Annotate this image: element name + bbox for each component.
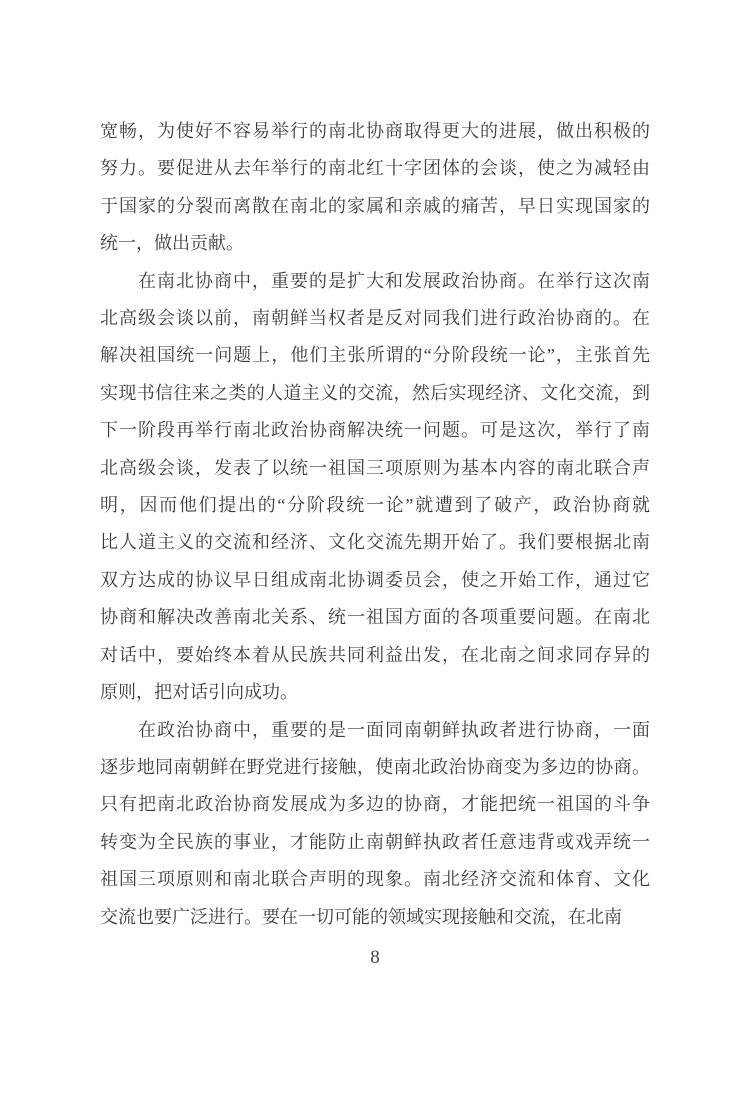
text-line: 对话中，要始终本着从民族共同利益出发，在北南之间求同存异的: [100, 637, 650, 674]
text-block: 宽畅，为使好不容易举行的南北协商取得更大的进展，做出积极的努力。要促进从去年举行…: [100, 113, 650, 936]
text-line: 明，因而他们提出的“分阶段统一论”就遭到了破产，政治协商就: [100, 487, 650, 524]
text-line: 交流也要广泛进行。要在一切可能的领域实现接触和交流，在北南: [100, 899, 650, 936]
text-line: 实现书信往来之类的人道主义的交流，然后实现经济、文化交流，到: [100, 375, 650, 412]
text-line: 转变为全民族的事业，才能防止南朝鲜执政者任意违背或戏弄统一: [100, 824, 650, 861]
text-line: 祖国三项原则和南北联合声明的现象。南北经济交流和体育、文化: [100, 861, 650, 898]
text-line: 北高级会谈以前，南朝鲜当权者是反对同我们进行政治协商的。在: [100, 300, 650, 337]
page-number: 8: [0, 946, 750, 970]
paragraph: 宽畅，为使好不容易举行的南北协商取得更大的进展，做出积极的努力。要促进从去年举行…: [100, 113, 650, 263]
document-page: 宽畅，为使好不容易举行的南北协商取得更大的进展，做出积极的努力。要促进从去年举行…: [0, 0, 750, 1107]
text-line: 双方达成的协议早日组成南北协调委员会，使之开始工作，通过它: [100, 562, 650, 599]
text-line: 解决祖国统一问题上，他们主张所谓的“分阶段统一论”，主张首先: [100, 337, 650, 374]
text-line: 宽畅，为使好不容易举行的南北协商取得更大的进展，做出积极的: [100, 113, 650, 150]
text-line: 比人道主义的交流和经济、文化交流先期开始了。我们要根据北南: [100, 524, 650, 561]
text-line: 协商和解决改善南北关系、统一祖国方面的各项重要问题。在南北: [100, 599, 650, 636]
text-line: 下一阶段再举行南北政治协商解决统一问题。可是这次，举行了南: [100, 412, 650, 449]
text-line: 于国家的分裂而离散在南北的家属和亲戚的痛苦，早日实现国家的: [100, 188, 650, 225]
text-line: 北高级会谈，发表了以统一祖国三项原则为基本内容的南北联合声: [100, 450, 650, 487]
paragraph: 在南北协商中，重要的是扩大和发展政治协商。在举行这次南北高级会谈以前，南朝鲜当权…: [100, 263, 650, 712]
text-line: 原则，把对话引向成功。: [100, 674, 650, 711]
text-line: 逐步地同南朝鲜在野党进行接触，使南北政治协商变为多边的协商。: [100, 749, 650, 786]
paragraph: 在政治协商中，重要的是一面同南朝鲜执政者进行协商，一面逐步地同南朝鲜在野党进行接…: [100, 712, 650, 936]
text-line: 统一，做出贡献。: [100, 225, 650, 262]
text-line: 在政治协商中，重要的是一面同南朝鲜执政者进行协商，一面: [100, 712, 650, 749]
text-line: 只有把南北政治协商发展成为多边的协商，才能把统一祖国的斗争: [100, 786, 650, 823]
text-line: 在南北协商中，重要的是扩大和发展政治协商。在举行这次南: [100, 263, 650, 300]
text-line: 努力。要促进从去年举行的南北红十字团体的会谈，使之为减轻由: [100, 150, 650, 187]
